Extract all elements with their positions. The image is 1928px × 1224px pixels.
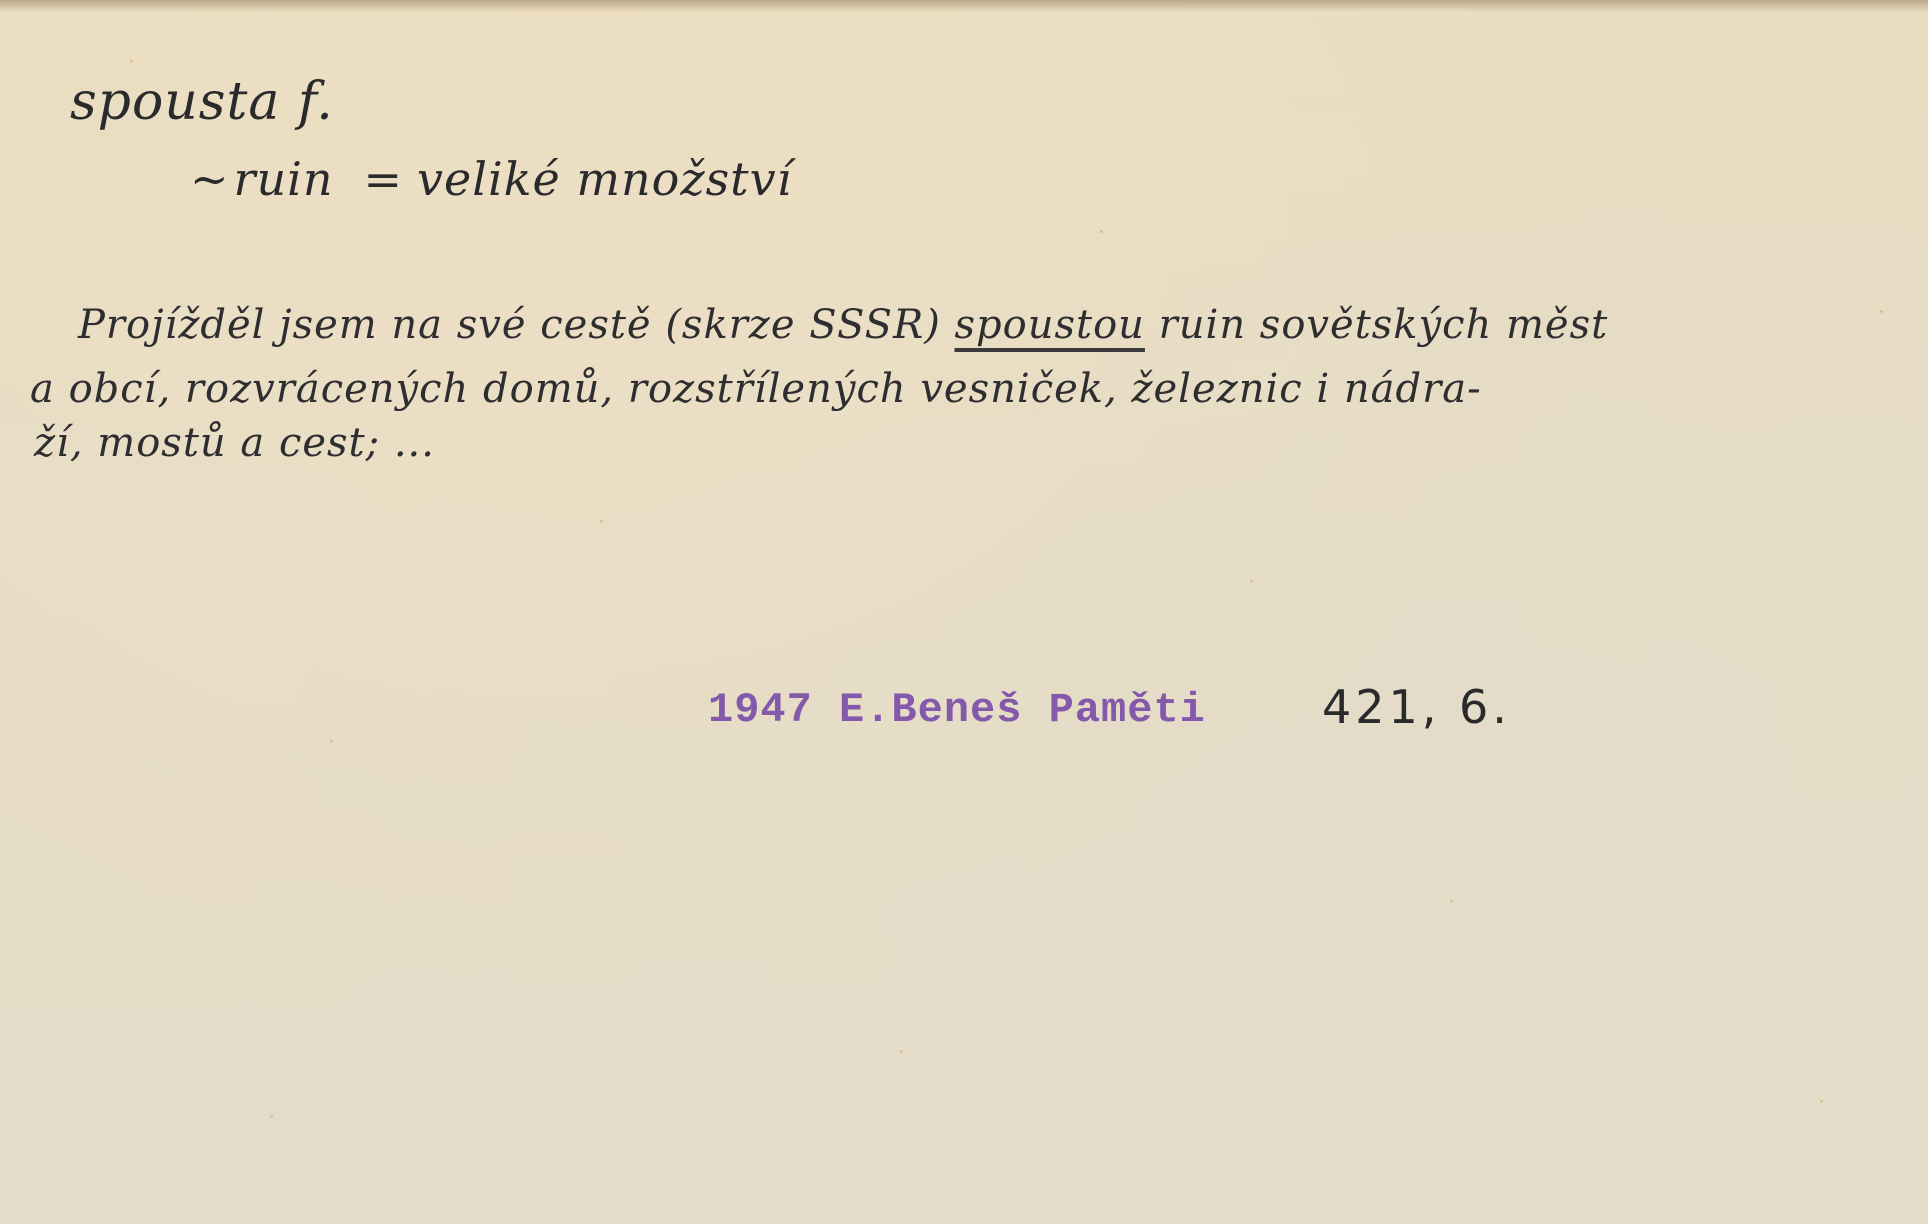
equals-sign: =	[364, 152, 404, 206]
tilde-mark: ~	[190, 152, 230, 206]
quotation-line-3: ží, mostů a cest; ...	[34, 420, 435, 466]
headword: spousta f.	[70, 72, 334, 132]
quotation-line-2: a obcí, rozvrácených domů, rozstřílených…	[30, 366, 1482, 412]
quotation-line-1: Projížděl jsem na své cestě (skrze SSSR)…	[78, 302, 1608, 348]
paper-speck	[1880, 310, 1883, 313]
paper-speck	[900, 1050, 903, 1053]
gloss-phrase: ruin	[234, 152, 334, 206]
quotation-keyword: spoustou	[955, 302, 1145, 348]
paper-speck	[330, 740, 333, 743]
paper-speck	[600, 520, 603, 523]
quotation-line-1-before: Projížděl jsem na své cestě (skrze SSSR)	[78, 302, 941, 348]
paper-speck	[1100, 230, 1103, 233]
card-top-edge	[0, 0, 1928, 12]
gloss-line: ~ruin=veliké množství	[190, 152, 792, 206]
paper-speck	[270, 1115, 273, 1118]
source-stamp: 1947 E.Beneš Paměti	[708, 686, 1206, 734]
paper-speck	[130, 60, 133, 63]
gloss-meaning: veliké množství	[417, 152, 792, 206]
index-card: spousta f. ~ruin=veliké množství Projížd…	[0, 0, 1928, 1224]
paper-speck	[1250, 580, 1253, 583]
paper-speck	[1820, 1100, 1823, 1103]
page-reference: 421, 6.	[1322, 680, 1511, 734]
paper-speck	[1450, 900, 1453, 903]
quotation-line-1-after: ruin sovětských měst	[1159, 302, 1609, 348]
